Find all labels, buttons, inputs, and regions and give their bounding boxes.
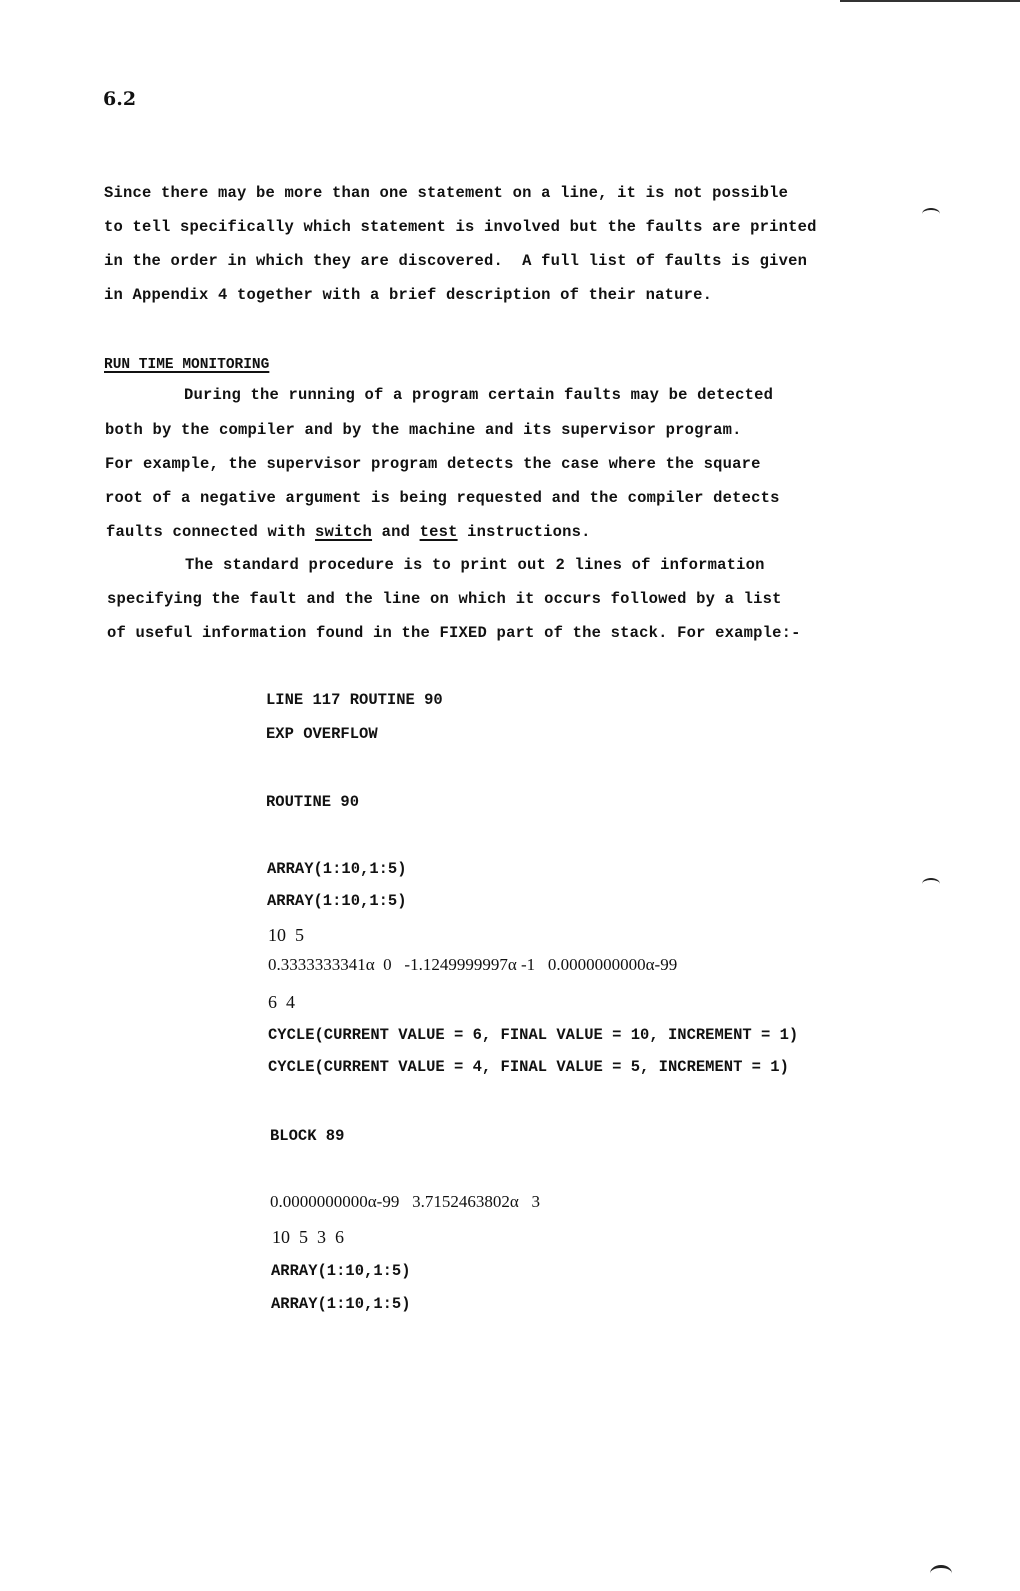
- block-line: ARRAY(1:10,1:5): [271, 1295, 411, 1313]
- text-line: in the order in which they are discovere…: [104, 252, 807, 270]
- text-line: The standard procedure is to print out 2…: [185, 556, 765, 574]
- text-line: of useful information found in the FIXED…: [107, 624, 801, 642]
- margin-mark-icon: [922, 208, 940, 220]
- keyword-switch: switch: [315, 523, 372, 541]
- text-fragment: faults connected with: [106, 523, 315, 541]
- block-line: 10 5 3 6: [272, 1227, 344, 1248]
- text-line: specifying the fault and the line on whi…: [107, 590, 782, 608]
- scan-edge-line: [840, 0, 1020, 2]
- text-line: to tell specifically which statement is …: [104, 218, 817, 236]
- fault-type: EXP OVERFLOW: [266, 725, 378, 743]
- routine-line: 10 5: [268, 925, 304, 946]
- keyword-test: test: [420, 523, 458, 541]
- block-line: ARRAY(1:10,1:5): [271, 1262, 411, 1280]
- fault-line: LINE 117 ROUTINE 90: [266, 691, 443, 709]
- text-line: in Appendix 4 together with a brief desc…: [104, 286, 712, 304]
- text-line: faults connected with switch and test in…: [106, 523, 591, 541]
- routine-header: ROUTINE 90: [266, 793, 359, 811]
- cycle-line: CYCLE(CURRENT VALUE = 6, FINAL VALUE = 1…: [268, 1026, 798, 1044]
- text-line: both by the compiler and by the machine …: [105, 421, 742, 439]
- cycle-line: CYCLE(CURRENT VALUE = 4, FINAL VALUE = 5…: [268, 1058, 789, 1076]
- block-line: 0.0000000000α-99 3.7152463802α 3: [270, 1192, 540, 1212]
- margin-mark-icon: [922, 878, 940, 890]
- text-line: For example, the supervisor program dete…: [105, 455, 761, 473]
- text-line: During the running of a program certain …: [184, 386, 773, 404]
- page-number: 6.2: [103, 88, 136, 110]
- routine-line: 0.3333333341α 0 -1.1249999997α -1 0.0000…: [268, 955, 677, 975]
- routine-line: ARRAY(1:10,1:5): [267, 860, 407, 878]
- text-line: Since there may be more than one stateme…: [104, 184, 788, 202]
- margin-mark-icon: [930, 1565, 952, 1582]
- routine-line: ARRAY(1:10,1:5): [267, 892, 407, 910]
- routine-line: 6 4: [268, 992, 295, 1013]
- text-fragment: and: [372, 523, 420, 541]
- text-fragment: instructions.: [458, 523, 591, 541]
- section-heading: RUN TIME MONITORING: [104, 357, 269, 373]
- text-line: root of a negative argument is being req…: [105, 489, 780, 507]
- block-header: BLOCK 89: [270, 1127, 344, 1145]
